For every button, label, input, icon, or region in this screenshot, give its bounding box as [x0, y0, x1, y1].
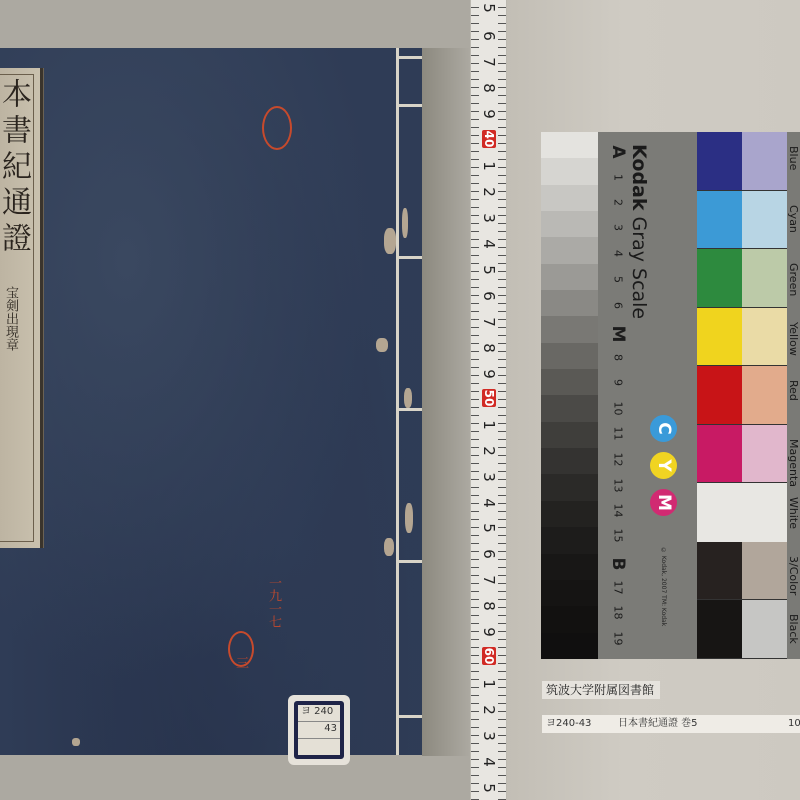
gray-step [541, 158, 598, 184]
gray-scale-strip [541, 132, 598, 659]
page-number: 10 [788, 715, 800, 733]
ruler-number: 7 [480, 313, 498, 331]
ruler-number: 4 [480, 494, 498, 512]
title-slip-text: 本書紀通證 [2, 78, 24, 258]
ruler-number: 6 [480, 545, 498, 563]
color-patch-label: Blue [787, 146, 800, 170]
shelf-label-line2: 43 [298, 722, 340, 739]
ruler-number: 2 [480, 701, 498, 719]
ruler-number: 5 [480, 0, 498, 17]
color-patch-label: Yellow [787, 322, 800, 356]
ruler-number: 7 [480, 53, 498, 71]
wear-spot [384, 538, 394, 556]
gray-step-label: 5 [612, 270, 625, 290]
gray-step [541, 395, 598, 421]
ruler-number: 8 [480, 597, 498, 615]
gray-step-label: 13 [612, 476, 625, 496]
wear-spot [402, 208, 408, 238]
call-number: ヨ240-43 [546, 715, 591, 733]
book-cover: 本書紀通證 宝剣出現章 一九一七 三 ヨ 240 43 [0, 48, 422, 755]
color-patch-black-dark [697, 600, 742, 659]
ruler-number: 60 [482, 647, 496, 665]
color-patch-green-dark [697, 249, 742, 308]
ruler-number: 5 [480, 779, 498, 797]
red-stamp-text: 一九一七 [266, 576, 280, 628]
color-patch-cyan-dark [697, 191, 742, 250]
gray-step-label: A [608, 142, 628, 162]
gray-step [541, 527, 598, 553]
gray-step [541, 185, 598, 211]
cmy-dot-c: C [650, 415, 677, 442]
ruler-number: 1 [480, 675, 498, 693]
ruler-number: 4 [480, 753, 498, 771]
gray-step-label: 14 [612, 501, 625, 521]
gray-step-label: 3 [612, 218, 625, 238]
gray-step [541, 132, 598, 158]
gray-step [541, 369, 598, 395]
kodak-brand: Kodak [628, 144, 650, 211]
title-slip: 本書紀通證 宝剣出現章 [0, 68, 43, 548]
catalog-caption: ヨ240-43 日本書紀通證 巻5 10 [542, 715, 800, 733]
color-patch-blue-dark [697, 132, 742, 191]
gray-step-label: 2 [612, 193, 625, 213]
color-patch-red-light [742, 366, 787, 425]
gray-scale-labels: Kodak Gray Scale © Kodak, 2007 TM: Kodak… [598, 132, 697, 659]
ruler-number: 50 [482, 389, 496, 407]
wear-spot [72, 738, 80, 746]
institution-caption: 筑波大学附属図書館 [542, 681, 660, 699]
color-patch-label: White [787, 497, 800, 529]
measuring-ruler: 5678940123456789501234567896012345 [470, 0, 507, 800]
title-slip-subtext: 宝剣出現章 [2, 286, 18, 351]
gray-step [541, 633, 598, 659]
color-patch-label: Cyan [787, 205, 800, 233]
color-patch-cyan-light [742, 191, 787, 250]
wear-spot [404, 388, 412, 408]
ruler-number: 3 [480, 209, 498, 227]
ruler-number: 9 [480, 105, 498, 123]
cmy-dot-m: M [650, 489, 677, 516]
gray-step-label: 12 [612, 450, 625, 470]
gray-step-label: 15 [612, 526, 625, 546]
gray-step [541, 290, 598, 316]
ruler-number: 3 [480, 468, 498, 486]
ruler-number: 1 [480, 157, 498, 175]
ruler-number: 3 [480, 727, 498, 745]
gray-step-label: 19 [612, 629, 625, 649]
gray-step-label: 17 [612, 578, 625, 598]
color-patch-label: Green [787, 263, 800, 296]
gray-step-label: 11 [612, 424, 625, 444]
gray-step [541, 343, 598, 369]
gray-step-label: 8 [612, 348, 625, 368]
gray-step-label: 18 [612, 603, 625, 623]
ruler-number: 6 [480, 287, 498, 305]
gray-step [541, 606, 598, 632]
color-patch-green-light [742, 249, 787, 308]
gray-step [541, 501, 598, 527]
ruler-number: 9 [480, 623, 498, 641]
kodak-color-card: Kodak Gray Scale © Kodak, 2007 TM: Kodak… [541, 132, 800, 659]
gray-step [541, 264, 598, 290]
color-patch-blue-light [742, 132, 787, 191]
color-patch-white [697, 483, 787, 542]
stitch [396, 560, 422, 563]
ruler-number: 6 [480, 27, 498, 45]
gray-step [541, 316, 598, 342]
color-patch-yellow-light [742, 308, 787, 367]
stitch [396, 715, 422, 718]
shelf-label-line3 [298, 739, 340, 755]
gray-step [541, 237, 598, 263]
ruler-number: 7 [480, 571, 498, 589]
ruler-number: 9 [480, 365, 498, 383]
color-patch-label: Red [787, 380, 800, 401]
gray-step [541, 448, 598, 474]
ruler-number: 8 [480, 79, 498, 97]
ruler-number: 2 [480, 183, 498, 201]
ruler-number: 2 [480, 442, 498, 460]
color-patch-3-color-light [742, 542, 787, 601]
color-patch-label: Black [787, 614, 800, 644]
gray-step-label: 4 [612, 244, 625, 264]
ruler-number: 4 [480, 235, 498, 253]
color-patch-label: Magenta [787, 439, 800, 487]
color-patch-magenta-dark [697, 425, 742, 484]
wear-spot [405, 503, 413, 533]
stitch [396, 408, 422, 411]
color-patch-3-color-dark [697, 542, 742, 601]
color-patch-label: 3/Color [787, 556, 800, 595]
cmy-dot-y: Y [650, 452, 677, 479]
stitch [396, 256, 422, 259]
kodak-title-text: Gray Scale [628, 217, 650, 320]
ruler-number: 5 [480, 519, 498, 537]
gray-step [541, 554, 598, 580]
wear-spot [384, 228, 396, 254]
shelf-label: ヨ 240 43 [288, 695, 350, 765]
red-stamp-small: 三 [233, 656, 247, 669]
ruler-number: 8 [480, 339, 498, 357]
gray-step [541, 211, 598, 237]
stitch [396, 104, 422, 107]
gray-step [541, 580, 598, 606]
gray-step [541, 474, 598, 500]
binding-thread [396, 48, 399, 755]
red-seal [262, 106, 292, 150]
color-patch-red-dark [697, 366, 742, 425]
book-title: 日本書紀通證 巻5 [618, 715, 698, 733]
stitch [396, 56, 422, 59]
color-patch-yellow-dark [697, 308, 742, 367]
color-patch-black-light [742, 600, 787, 659]
gray-step-label: 9 [612, 373, 625, 393]
gray-step-label: B [608, 554, 628, 574]
gray-step-label: 1 [612, 168, 625, 188]
wear-spot [376, 338, 388, 352]
color-patches [697, 132, 787, 659]
gray-step-label: 6 [612, 296, 625, 316]
kodak-copyright: © Kodak, 2007 TM: Kodak [660, 547, 667, 626]
gray-step-label: M [608, 324, 628, 344]
ruler-number: 1 [480, 416, 498, 434]
kodak-title: Kodak Gray Scale [628, 144, 650, 319]
shelf-label-line1: ヨ 240 [298, 705, 340, 722]
ruler-number: 5 [480, 261, 498, 279]
gray-step [541, 422, 598, 448]
gray-step-label: 10 [612, 399, 625, 419]
ruler-number: 40 [482, 130, 496, 148]
color-patch-magenta-light [742, 425, 787, 484]
book-shadow [422, 48, 470, 756]
